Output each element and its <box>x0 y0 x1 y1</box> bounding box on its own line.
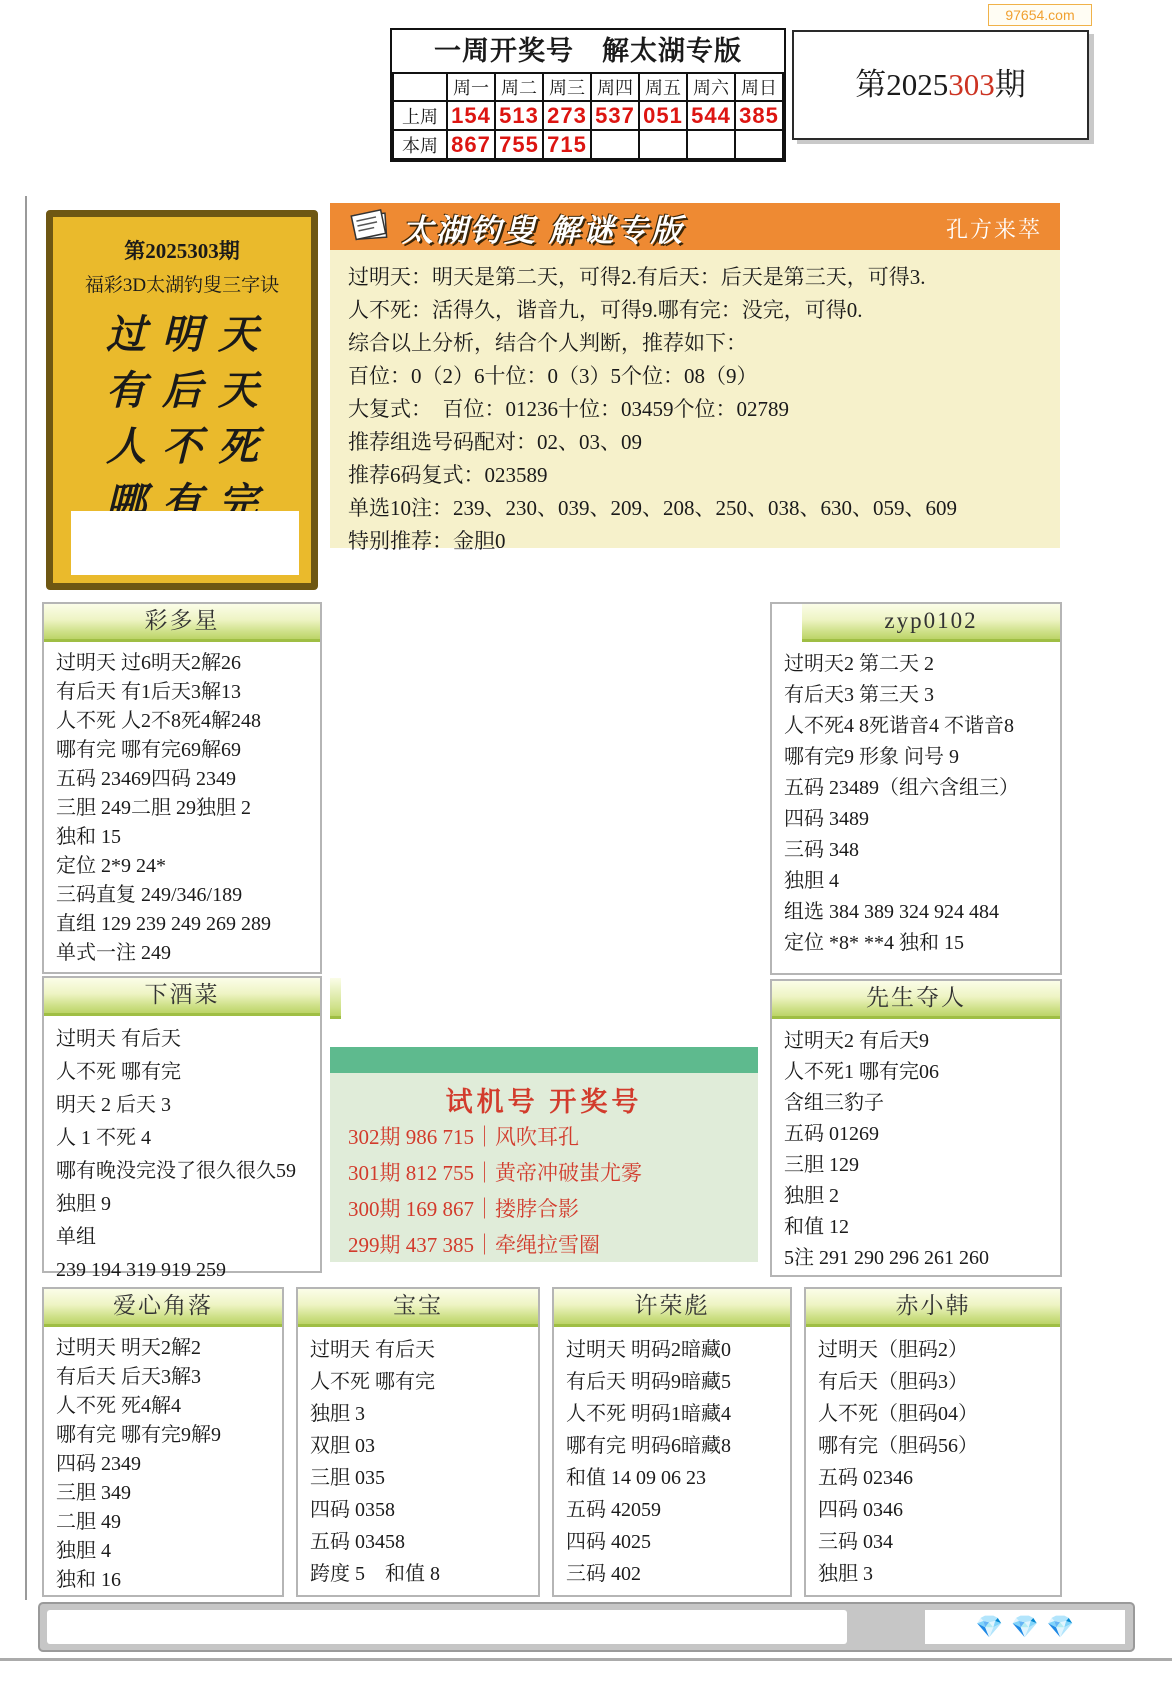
panel-xurongbiao: 许荣彪 过明天 明码2暗藏0有后天 明码9暗藏5人不死 明码1暗藏4哪有完 明码… <box>552 1287 792 1597</box>
draw-number: 715 <box>543 130 591 159</box>
panel-body: 过明天 过6明天2解26有后天 有1后天3解13人不死 人2不8死4解248哪有… <box>44 642 320 968</box>
panel-line: 明天 2 后天 3 <box>56 1089 310 1122</box>
panel-line: 独胆 4 <box>784 866 1050 897</box>
panel-line: 人不死 明码1暗藏4 <box>566 1398 780 1430</box>
panel-line: 有后天3 第三天 3 <box>784 680 1050 711</box>
week-header-row: 周一 周二 周三 周四 周五 周六 周日 <box>393 73 783 101</box>
draw-number: 544 <box>687 101 735 130</box>
test-draw-line: 302期 986 715｜风吹耳孔 <box>348 1119 758 1155</box>
panel-line: 三胆 349 <box>56 1479 272 1508</box>
panel-body: 过明天 有后天人不死 哪有完独胆 3双胆 03三胆 035四码 0358五码 0… <box>298 1327 538 1590</box>
draw-number: 154 <box>447 101 495 130</box>
panel-line: 人不死1 哪有完06 <box>784 1057 1050 1088</box>
analysis-line: 百位：0（2）6十位：0（3）5个位：08（9） <box>348 360 1044 393</box>
panel-line: 人不死 哪有完 <box>56 1056 310 1089</box>
panel-line: 人不死（胆码04） <box>818 1398 1050 1430</box>
draw-number: 385 <box>735 101 783 130</box>
weekday-header: 周日 <box>735 73 783 101</box>
panel-body: 过明天 明天2解2有后天 后天3解3人不死 死4解4哪有完 哪有完9解9四码 2… <box>44 1327 282 1595</box>
weekday-header: 周一 <box>447 73 495 101</box>
panel-body: 过明天2 第二天 2有后天3 第三天 3人不死4 8死谐音4 不谐音8哪有完9 … <box>772 642 1060 959</box>
draw-number <box>639 130 687 159</box>
panel-line: 哪有完 哪有完9解9 <box>56 1421 272 1450</box>
panel-line: 过明天（胆码2） <box>818 1334 1050 1366</box>
row-label: 上周 <box>393 101 447 130</box>
panel-line: 过明天 过6明天2解26 <box>56 649 310 678</box>
panel-caiduoxing: 彩多星 过明天 过6明天2解26有后天 有1后天3解13人不死 人2不8死4解2… <box>42 602 322 974</box>
panel-line: 独胆 3 <box>310 1398 528 1430</box>
watermark-link[interactable]: 97654.com <box>988 4 1092 26</box>
panel-line: 有后天（胆码3） <box>818 1366 1050 1398</box>
panel-line: 定位 *8* **4 独和 15 <box>784 928 1050 959</box>
main-title: 太湖钓叟 解谜专版 <box>402 205 685 250</box>
panel-line: 有后天 有1后天3解13 <box>56 678 310 707</box>
test-draw-box: 试机号 开奖号 302期 986 715｜风吹耳孔301期 812 755｜黄帝… <box>330 1047 758 1262</box>
panel-line: 直组 129 239 249 269 289 <box>56 910 310 939</box>
panel-line: 有后天 后天3解3 <box>56 1363 272 1392</box>
panel-body: 过明天 有后天人不死 哪有完明天 2 后天 3人 1 不死 4哪有晚没完没了很久… <box>44 1016 320 1287</box>
panel-line: 四码 0346 <box>818 1494 1050 1526</box>
panel-line: 独胆 3 <box>818 1558 1050 1590</box>
weekly-numbers-table: 周一 周二 周三 周四 周五 周六 周日 上周 154 513 273 537 … <box>392 72 784 160</box>
panel-line: 组选 384 389 324 924 484 <box>784 897 1050 928</box>
weekday-header: 周六 <box>687 73 735 101</box>
panel-body: 过明天 明码2暗藏0有后天 明码9暗藏5人不死 明码1暗藏4哪有完 明码6暗藏8… <box>554 1327 790 1590</box>
diamond-rating: 💎💎💎 <box>925 1610 1125 1644</box>
weekday-header: 周二 <box>495 73 543 101</box>
diamond-icon: 💎 <box>1011 1614 1038 1639</box>
panel-line: 独胆 4 <box>56 1537 272 1566</box>
panel-line: 三胆 129 <box>784 1150 1050 1181</box>
panel-line: 五码 42059 <box>566 1494 780 1526</box>
panel-line: 四码 0358 <box>310 1494 528 1526</box>
issue-suffix: 期 <box>995 67 1026 102</box>
row-label: 本周 <box>393 130 447 159</box>
panel-line: 哪有完9 形象 问号 9 <box>784 742 1050 773</box>
panel-title: 许荣彪 <box>554 1289 790 1327</box>
diamond-icon: 💎 <box>976 1614 1003 1639</box>
toolbar-input-area[interactable] <box>47 1610 847 1644</box>
panel-line: 和值 14 09 06 23 <box>566 1462 780 1494</box>
panel-line: 四码 3489 <box>784 804 1050 835</box>
draw-number <box>735 130 783 159</box>
panel-line: 独胆 9 <box>56 1188 310 1221</box>
analysis-line: 单选10注：239、230、039、209、208、250、038、630、05… <box>348 492 1044 525</box>
issue-prefix: 第2025 <box>855 67 948 102</box>
panel-line: 单式一注 249 <box>56 939 310 968</box>
test-draw-lines: 302期 986 715｜风吹耳孔301期 812 755｜黄帝冲破蚩尤雾300… <box>330 1119 758 1263</box>
draw-number: 051 <box>639 101 687 130</box>
panel-line: 哪有完（胆码56） <box>818 1430 1050 1462</box>
panel-line: 过明天 有后天 <box>56 1023 310 1056</box>
bottom-border-line <box>0 1658 1172 1661</box>
issue-highlight: 303 <box>948 67 995 102</box>
analysis-line: 过明天：明天是第二天，可得2.有后天：后天是第三天，可得3. <box>348 261 1044 294</box>
issue-number-box: 第2025303期 <box>792 30 1089 140</box>
blank-strip <box>71 511 299 575</box>
panel-line: 三胆 249二胆 29独胆 2 <box>56 794 310 823</box>
pages-icon <box>346 208 398 246</box>
analysis-line: 大复式： 百位：01236十位：03459个位：02789 <box>348 393 1044 426</box>
panel-title: 赤小韩 <box>806 1289 1060 1327</box>
panel-line: 哪有晚没完没了很久很久59 <box>56 1155 310 1188</box>
panel-xiajiucai: 下酒菜 过明天 有后天人不死 哪有完明天 2 后天 3人 1 不死 4哪有晚没完… <box>42 976 322 1273</box>
weekly-box-title: 一周开奖号 解太湖专版 <box>392 30 784 72</box>
page: 97654.com 一周开奖号 解太湖专版 周一 周二 周三 周四 周五 周六 … <box>0 0 1172 1691</box>
analysis-line: 特别推荐：金胆0 <box>348 525 1044 558</box>
panel-title: 先生夺人 <box>772 981 1060 1019</box>
gold-box-subtitle: 福彩3D太湖钓叟三字诀 <box>53 270 311 297</box>
panel-line: 人不死 哪有完 <box>310 1366 528 1398</box>
panel-line: 过明天2 有后天9 <box>784 1026 1050 1057</box>
panel-line: 独胆 2 <box>784 1181 1050 1212</box>
panel-title: 彩多星 <box>44 604 320 642</box>
panel-xianshengduoren: 先生夺人 过明天2 有后天9人不死1 哪有完06含组三豹子五码 01269三胆 … <box>770 979 1062 1277</box>
test-draw-line: 299期 437 385｜牵绳拉雪圈 <box>348 1227 758 1263</box>
panel-line: 239 194 319 919 259 <box>56 1254 310 1287</box>
gold-verse-box: 第2025303期 福彩3D太湖钓叟三字诀 过明天有后天人不死哪有完 <box>46 210 318 590</box>
panel-line: 人 1 不死 4 <box>56 1122 310 1155</box>
analysis-line: 推荐6码复式：023589 <box>348 459 1044 492</box>
panel-line: 含组三豹子 <box>784 1088 1050 1119</box>
panel-line: 五码 02346 <box>818 1462 1050 1494</box>
panel-line: 独和 15 <box>56 823 310 852</box>
left-border-line <box>25 196 27 1600</box>
draw-number: 755 <box>495 130 543 159</box>
weekday-header: 周四 <box>591 73 639 101</box>
draw-number: 867 <box>447 130 495 159</box>
panel-line: 有后天 明码9暗藏5 <box>566 1366 780 1398</box>
verse-line: 过明天 <box>53 307 311 363</box>
panel-zyp0102: zyp0102 过明天2 第二天 2有后天3 第三天 3人不死4 8死谐音4 不… <box>770 602 1062 975</box>
draw-number <box>687 130 735 159</box>
panel-line: 过明天2 第二天 2 <box>784 649 1050 680</box>
panel-line: 人不死 人2不8死4解248 <box>56 707 310 736</box>
panel-line: 五码 23489（组六含组三） <box>784 773 1050 804</box>
verse-lines: 过明天有后天人不死哪有完 <box>53 307 311 531</box>
panel-line: 哪有完 明码6暗藏8 <box>566 1430 780 1462</box>
panel-line: 三码 034 <box>818 1526 1050 1558</box>
panel-line: 过明天 有后天 <box>310 1334 528 1366</box>
panel-line: 过明天 明码2暗藏0 <box>566 1334 780 1366</box>
panel-header-fragment <box>330 978 341 1019</box>
diamond-icon: 💎 <box>1047 1614 1074 1639</box>
panel-line: 三码直复 249/346/189 <box>56 881 310 910</box>
panel-line: 五码 23469四码 2349 <box>56 765 310 794</box>
main-title-right: 孔方来萃 <box>946 213 1042 244</box>
panel-baobao: 宝宝 过明天 有后天人不死 哪有完独胆 3双胆 03三胆 035四码 0358五… <box>296 1287 540 1597</box>
draw-number: 537 <box>591 101 639 130</box>
panel-line: 人不死 死4解4 <box>56 1392 272 1421</box>
analysis-line: 推荐组选号码配对：02、03、09 <box>348 426 1044 459</box>
panel-line: 跨度 5 和值 8 <box>310 1558 528 1590</box>
panel-line: 人不死4 8死谐音4 不谐音8 <box>784 711 1050 742</box>
draw-number: 513 <box>495 101 543 130</box>
weekly-numbers-box: 一周开奖号 解太湖专版 周一 周二 周三 周四 周五 周六 周日 上周 154 … <box>390 28 786 162</box>
panel-title: 爱心角落 <box>44 1289 282 1327</box>
panel-line: 哪有完 哪有完69解69 <box>56 736 310 765</box>
panel-body: 过明天2 有后天9人不死1 哪有完06含组三豹子五码 01269三胆 129独胆… <box>772 1019 1060 1274</box>
week-corner-cell <box>393 73 447 101</box>
draw-number <box>591 130 639 159</box>
main-header-bar: 太湖钓叟 解谜专版 孔方来萃 <box>330 203 1060 250</box>
panel-line: 三码 348 <box>784 835 1050 866</box>
panel-title: 宝宝 <box>298 1289 538 1327</box>
panel-line: 二胆 49 <box>56 1508 272 1537</box>
panel-line: 和值 12 <box>784 1212 1050 1243</box>
analysis-line: 人不死：活得久，谐音九，可得9.哪有完：没完，可得0. <box>348 294 1044 327</box>
test-draw-line: 301期 812 755｜黄帝冲破蚩尤雾 <box>348 1155 758 1191</box>
panel-title: zyp0102 <box>802 604 1060 642</box>
weekday-header: 周五 <box>639 73 687 101</box>
panel-line: 单组 <box>56 1221 310 1254</box>
last-week-row: 上周 154 513 273 537 051 544 385 <box>393 101 783 130</box>
gold-box-issue: 第2025303期 <box>53 235 311 265</box>
panel-line: 四码 2349 <box>56 1450 272 1479</box>
panel-line: 过明天 明天2解2 <box>56 1334 272 1363</box>
panel-line: 双胆 03 <box>310 1430 528 1462</box>
panel-line: 5注 291 290 296 261 260 <box>784 1243 1050 1274</box>
analysis-text-block: 过明天：明天是第二天，可得2.有后天：后天是第三天，可得3.人不死：活得久，谐音… <box>330 250 1060 548</box>
panel-title: 下酒菜 <box>44 978 320 1016</box>
test-draw-top-bar <box>330 1047 758 1073</box>
panel-line: 三码 402 <box>566 1558 780 1590</box>
panel-line: 四码 4025 <box>566 1526 780 1558</box>
draw-number: 273 <box>543 101 591 130</box>
panel-aixinjiaoluo: 爱心角落 过明天 明天2解2有后天 后天3解3人不死 死4解4哪有完 哪有完9解… <box>42 1287 284 1597</box>
test-draw-title: 试机号 开奖号 <box>330 1080 758 1119</box>
panel-chixiaohan: 赤小韩 过明天（胆码2）有后天（胆码3）人不死（胆码04）哪有完（胆码56）五码… <box>804 1287 1062 1597</box>
verse-line: 有后天 <box>53 363 311 419</box>
panel-body: 过明天（胆码2）有后天（胆码3）人不死（胆码04）哪有完（胆码56）五码 023… <box>806 1327 1060 1590</box>
test-draw-line: 300期 169 867｜搂脖合影 <box>348 1191 758 1227</box>
panel-line: 五码 01269 <box>784 1119 1050 1150</box>
this-week-row: 本周 867 755 715 <box>393 130 783 159</box>
panel-line: 独和 16 <box>56 1566 272 1595</box>
verse-line: 人不死 <box>53 419 311 475</box>
panel-line: 五码 03458 <box>310 1526 528 1558</box>
weekday-header: 周三 <box>543 73 591 101</box>
bottom-toolbar: 💎💎💎 <box>38 1602 1135 1652</box>
analysis-line: 综合以上分析，结合个人判断，推荐如下： <box>348 327 1044 360</box>
panel-line: 定位 2*9 24* <box>56 852 310 881</box>
panel-line: 三胆 035 <box>310 1462 528 1494</box>
